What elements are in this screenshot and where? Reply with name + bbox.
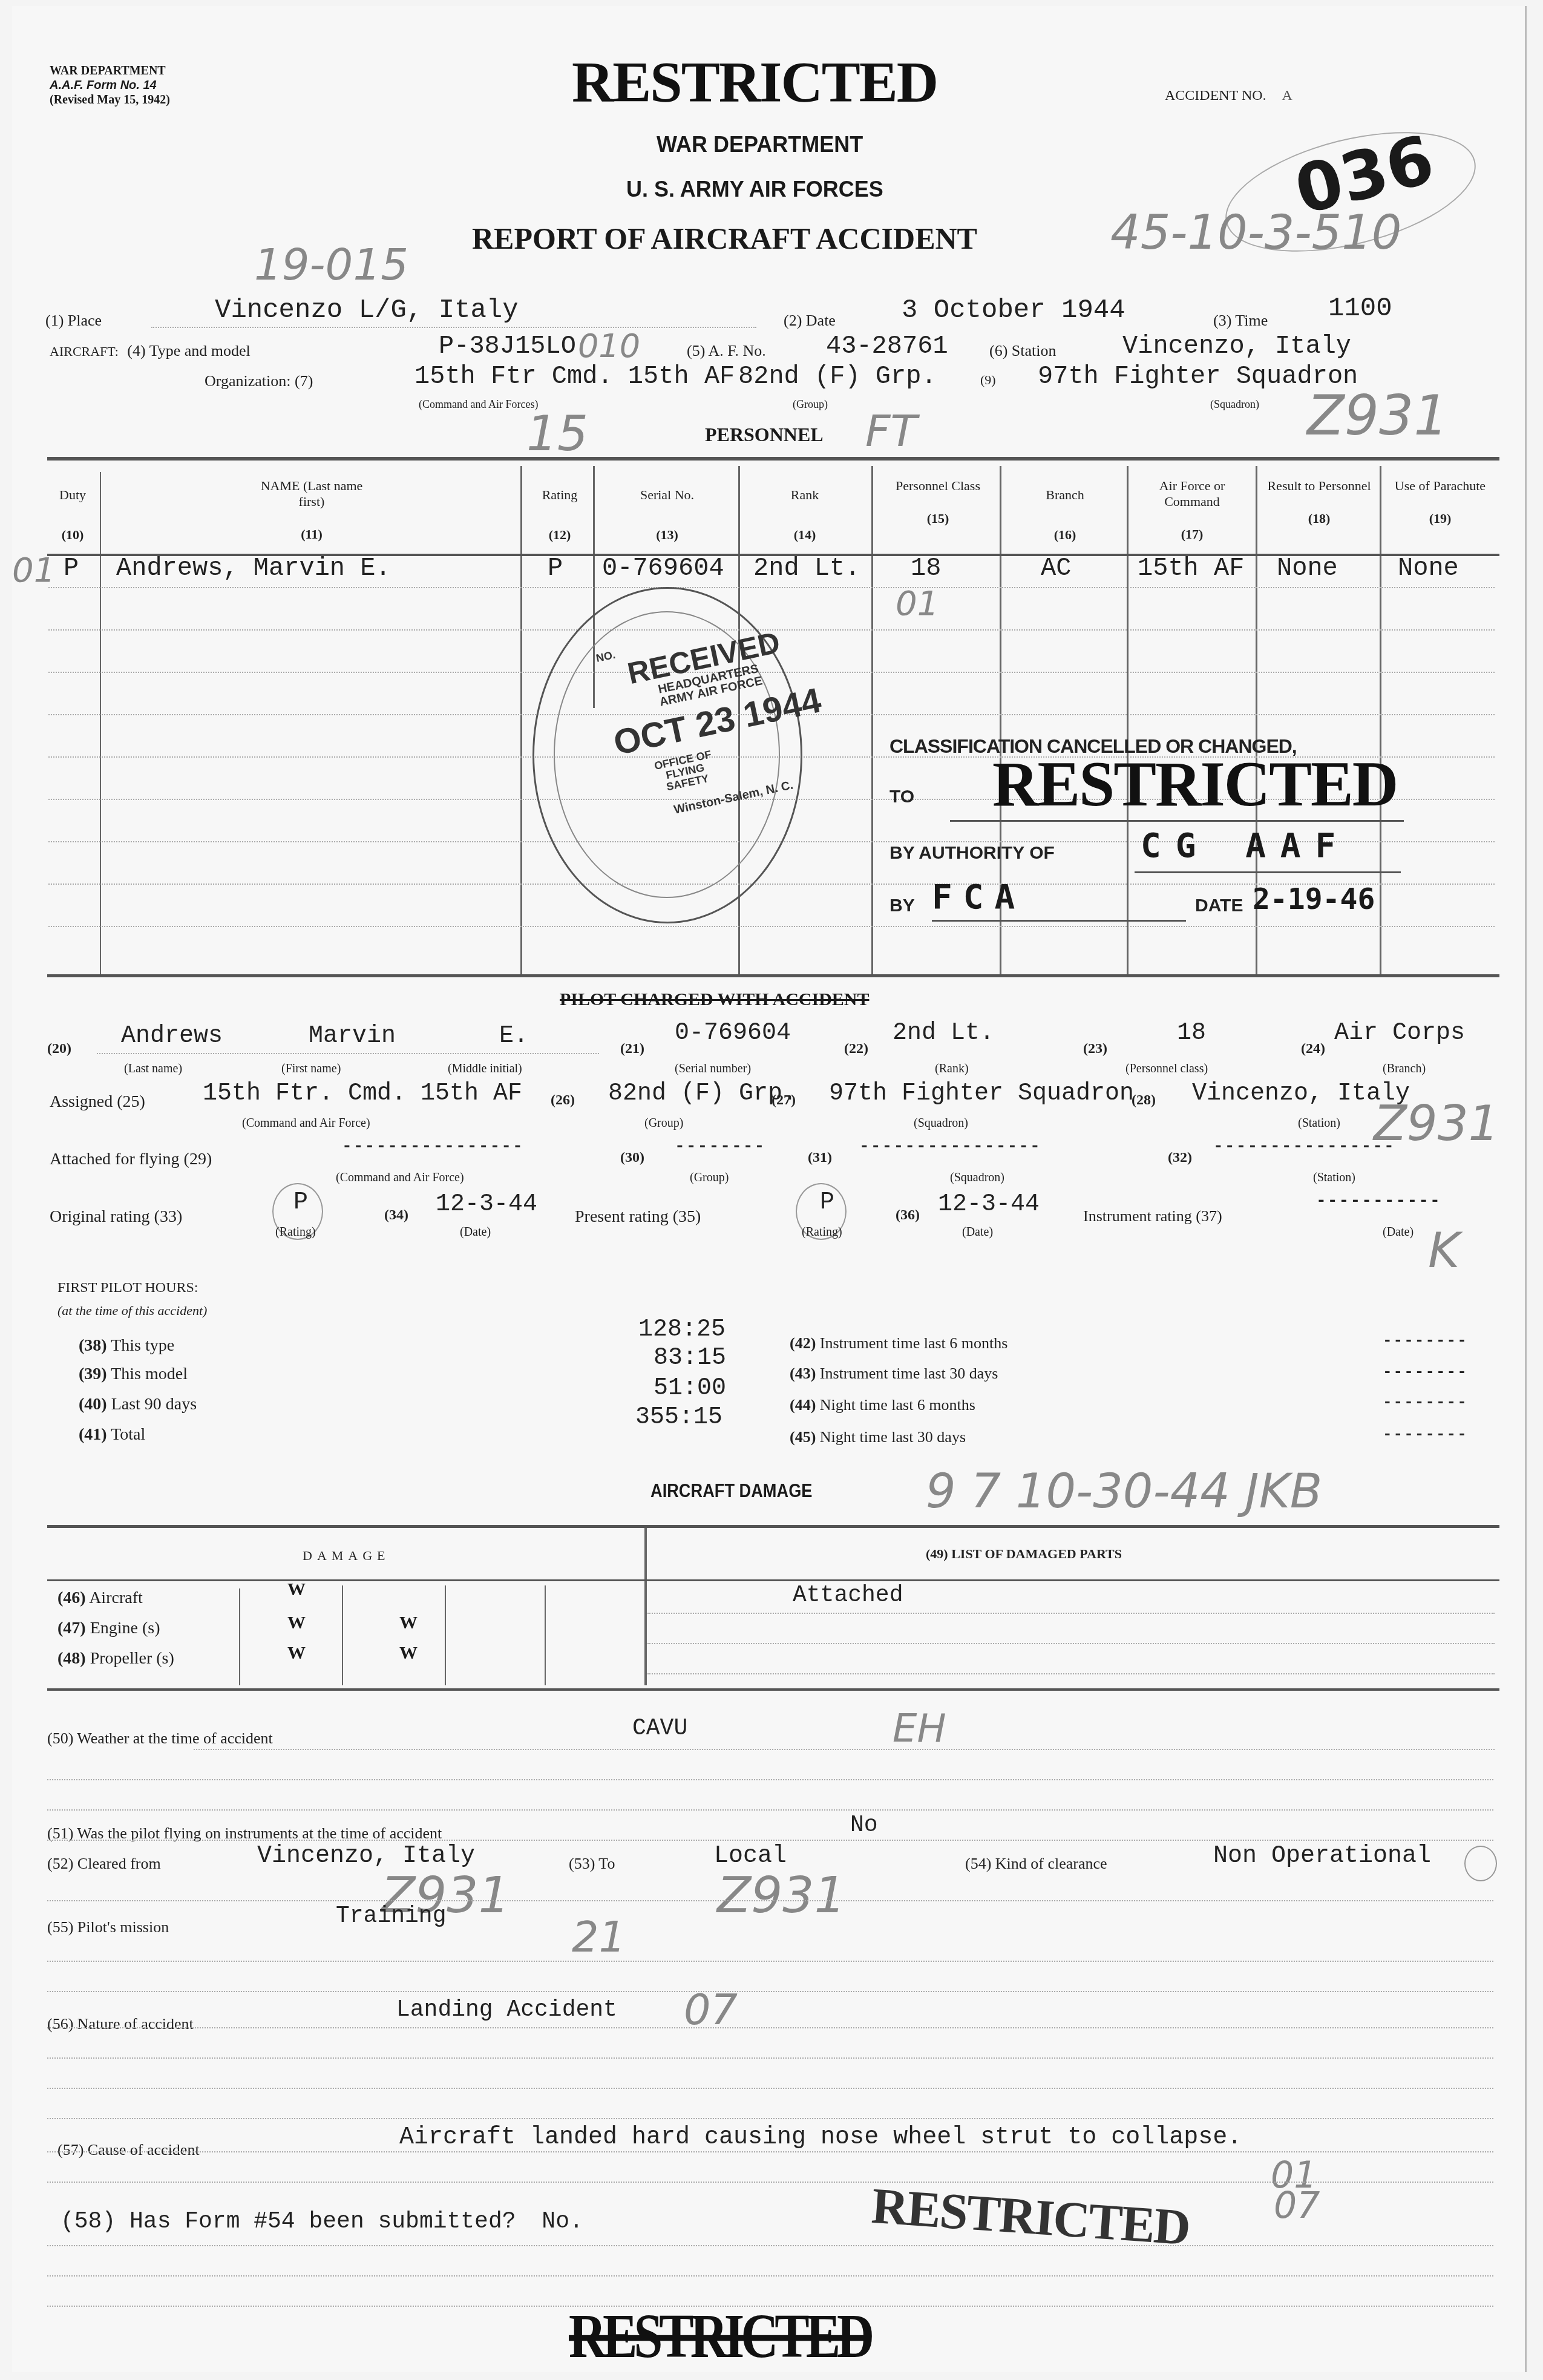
- restricted-stamp-bottom: RESTRICTED: [569, 2300, 871, 2372]
- date-value: 3 October 1944: [902, 295, 1125, 326]
- hours-title: FIRST PILOT HOURS:: [57, 1280, 198, 1296]
- col-duty: Duty(10): [54, 487, 91, 543]
- weather-value: CAVU: [632, 1716, 687, 1742]
- station-value: Vincenzo, Italy: [1122, 332, 1351, 361]
- hours-last-90: 51:00: [654, 1375, 726, 1402]
- hours-this-type: 128:25: [638, 1316, 726, 1343]
- nature-value: Landing Accident: [396, 1997, 617, 2023]
- sub-squadron: (Squadron): [1210, 398, 1259, 411]
- pilot-first-name: Marvin: [309, 1023, 396, 1050]
- classification-stamp-top: RESTRICTED: [572, 48, 937, 116]
- to-label: TO: [889, 787, 914, 807]
- row-class: 18: [911, 554, 941, 583]
- row-branch: AC: [1041, 554, 1071, 583]
- assigned-squadron: 97th Fighter Squadron: [829, 1080, 1134, 1107]
- hand-2931-to: Z931: [717, 1867, 846, 1924]
- date-label: (2) Date: [784, 312, 836, 330]
- mission-label: (55) Pilot's mission: [47, 1918, 169, 1936]
- hand-2931-top: Z931: [1307, 384, 1448, 448]
- personnel-title: PERSONNEL: [705, 424, 824, 446]
- damage-mark: W: [287, 1643, 306, 1664]
- org-group-value: 82nd (F) Grp.: [738, 362, 937, 391]
- weather-label: (50) Weather at the time of accident: [47, 1729, 273, 1748]
- row-rating: P: [548, 554, 563, 583]
- row-name: Andrews, Marvin E.: [116, 554, 391, 583]
- attached-label: Attached for flying (29): [50, 1150, 212, 1169]
- col-name: NAME (Last name first)(11): [109, 478, 514, 542]
- present-rating-date: 12-3-44: [938, 1191, 1040, 1218]
- row-serial: 0-769604: [602, 554, 724, 583]
- pilot-middle-initial: E.: [499, 1023, 528, 1050]
- accident-report-page: WAR DEPARTMENT A.A.F. Form No. 14 (Revis…: [12, 6, 1527, 2372]
- row-result: None: [1277, 554, 1338, 583]
- col-command: Air Force or Command(17): [1135, 478, 1250, 542]
- damage-hand-note: 9 7 10-30-44 JKB: [926, 1464, 1322, 1519]
- type-model-value: P-38J15LO: [439, 332, 576, 361]
- damage-mark: W: [399, 1613, 418, 1633]
- organization-label: Organization: (7): [205, 372, 313, 390]
- title-war-department: WAR DEPARTMENT: [657, 132, 863, 157]
- to-label: (53) To: [569, 1855, 615, 1873]
- col-serial: Serial No.(13): [602, 487, 732, 543]
- pilot-branch: Air Corps: [1334, 1020, 1465, 1047]
- col-class: Personnel Class(15): [883, 478, 992, 526]
- org-squadron-num: (9): [980, 372, 996, 388]
- col-rank: Rank(14): [744, 487, 865, 543]
- weather-hand: EH: [893, 1706, 946, 1751]
- hand-21: 21: [572, 1912, 626, 1962]
- date-change-value: 2-19-46: [1253, 882, 1375, 916]
- assigned-label: Assigned (25): [50, 1092, 145, 1112]
- assigned-command: 15th Ftr. Cmd. 15th AF: [203, 1080, 522, 1107]
- instruments-value: No: [850, 1812, 878, 1838]
- hand-class: 01: [896, 584, 939, 623]
- clearance-label: (54) Kind of clearance: [965, 1855, 1107, 1873]
- hand-ft: FT: [865, 405, 917, 456]
- instrument-rating-label: Instrument rating (37): [1083, 1207, 1222, 1225]
- nature-label: (56) Nature of accident: [47, 2015, 194, 2033]
- to-value: Local: [714, 1843, 787, 1870]
- af-no-label: (5) A. F. No.: [687, 342, 766, 360]
- authority-label: BY AUTHORITY OF: [889, 843, 1055, 864]
- sub-group: (Group): [793, 398, 828, 411]
- assigned-group: 82nd (F) Grp.: [608, 1080, 797, 1107]
- handwritten-left: 19-015: [254, 239, 408, 290]
- page-title: REPORT OF AIRCRAFT ACCIDENT: [472, 221, 977, 256]
- damage-title: AIRCRAFT DAMAGE: [650, 1480, 812, 1502]
- damage-mark: W: [287, 1579, 306, 1600]
- org-command-value: 15th Ftr Cmd. 15th AF: [414, 362, 735, 391]
- accident-no-label: ACCIDENT NO. A: [1165, 88, 1292, 104]
- form-id: WAR DEPARTMENT A.A.F. Form No. 14 (Revis…: [50, 64, 170, 107]
- damage-mark: W: [287, 1613, 306, 1633]
- hand-k: K: [1428, 1222, 1459, 1279]
- mission-value: Training: [336, 1903, 446, 1929]
- cleared-from-value: Vincenzo, Italy: [257, 1843, 475, 1870]
- title-army-air-forces: U. S. ARMY AIR FORCES: [626, 177, 883, 202]
- pilot-last-name: Andrews: [121, 1023, 223, 1050]
- col-damaged-parts: (49) LIST OF DAMAGED PARTS: [926, 1546, 1122, 1562]
- by-value: FCA: [932, 877, 1026, 917]
- sub-command: (Command and Air Forces): [419, 398, 538, 411]
- date-change-label: DATE: [1195, 896, 1243, 916]
- place-value: Vincenzo L/G, Italy: [215, 295, 519, 326]
- pilot-rank: 2nd Lt.: [893, 1020, 994, 1047]
- original-rating-date: 12-3-44: [436, 1191, 537, 1218]
- hours-total: 355:15: [635, 1404, 722, 1431]
- original-rating-label: Original rating (33): [50, 1207, 182, 1227]
- form54-question: (58) Has Form #54 been submitted? No.: [61, 2209, 583, 2235]
- footer-hand-right: 07: [1274, 2185, 1320, 2227]
- cause-label: (57) Cause of accident: [57, 2141, 200, 2159]
- hours-subtitle: (at the time of this accident): [57, 1303, 207, 1319]
- af-no-value: 43-28761: [826, 332, 948, 361]
- row-rank: 2nd Lt.: [753, 554, 860, 583]
- cause-value: Aircraft landed hard causing nose wheel …: [399, 2124, 1242, 2151]
- handwritten-ref: 45-10-3-510: [1110, 206, 1401, 260]
- hours-this-model: 83:15: [654, 1345, 726, 1372]
- col-damage: DAMAGE: [303, 1548, 390, 1564]
- authority-value: CG AAF: [1141, 826, 1350, 865]
- hand-15: 15: [526, 405, 588, 462]
- col-parachute: Use of Parachute(19): [1386, 478, 1495, 526]
- pilot-class: 18: [1177, 1020, 1206, 1047]
- type-hand: 010: [578, 327, 640, 365]
- place-label: (1) Place: [45, 312, 102, 330]
- pilot-serial: 0-769604: [675, 1020, 791, 1047]
- damage-mark: W: [399, 1643, 418, 1664]
- clearance-value: Non Operational: [1213, 1843, 1431, 1870]
- by-label: BY: [889, 896, 915, 916]
- col-rating: Rating(12): [529, 487, 590, 543]
- classification-to: RESTRICTED: [992, 747, 1397, 821]
- station-label: (6) Station: [989, 342, 1057, 360]
- col-result: Result to Personnel(18): [1262, 478, 1377, 526]
- present-rating-label: Present rating (35): [575, 1207, 701, 1227]
- row-duty: P: [64, 554, 79, 583]
- row-parachute: None: [1398, 554, 1459, 583]
- pilot-section-title: PILOT CHARGED WITH ACCIDENT: [560, 989, 870, 1010]
- time-label: (3) Time: [1213, 312, 1268, 330]
- damaged-parts-value: Attached: [793, 1582, 903, 1608]
- row-command: 15th AF: [1138, 554, 1244, 583]
- time-value: 1100: [1328, 293, 1392, 324]
- col-branch: Branch(16): [1007, 487, 1122, 543]
- instrument-rating-value: -----------: [1316, 1192, 1441, 1211]
- hand-margin: 01: [12, 551, 55, 590]
- aircraft-label: AIRCRAFT: (4) Type and model: [50, 342, 251, 360]
- cleared-from-label: (52) Cleared from: [47, 1855, 161, 1873]
